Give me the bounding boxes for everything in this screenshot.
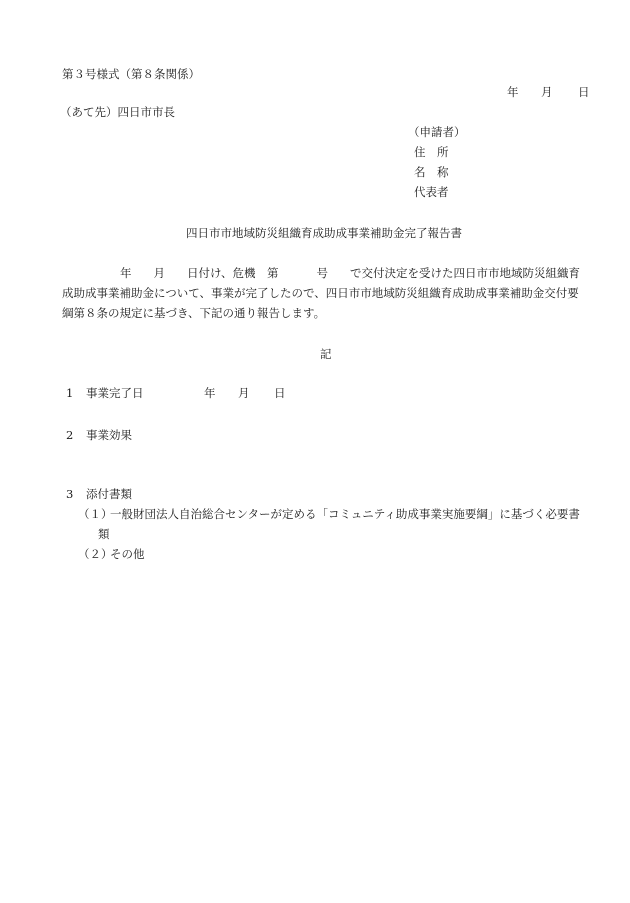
date-month: 月 <box>541 84 553 100</box>
item-1-day: 日 <box>274 385 286 401</box>
date-year: 年 <box>507 84 519 100</box>
item-3-label: 添付書類 <box>86 486 132 502</box>
name-label: 名 称 <box>414 164 449 180</box>
item-1-label: 事業完了日 <box>86 385 144 401</box>
item-2-number: 2 <box>66 427 73 443</box>
item-1-year: 年 <box>204 385 216 401</box>
item-3-sub-1-number: （１） <box>78 506 113 522</box>
item-3-sub-2-number: （２） <box>78 546 113 562</box>
applicant-heading: （申請者） <box>408 124 466 140</box>
body-year: 年 <box>120 266 132 280</box>
body-month: 月 <box>154 266 166 280</box>
form-number: 第３号様式（第８条関係） <box>62 66 200 82</box>
item-3-sub-2-text: その他 <box>110 546 145 562</box>
body-line-3: 綱第８条の規定に基づき、下記の通り報告します。 <box>62 305 325 321</box>
body-line-2: 成助成事業補助金について、事業が完了したので、四日市市地域防災組織育成助成事業補… <box>62 285 579 301</box>
ki-heading: 記 <box>320 346 332 362</box>
item-3-sub-1-text: 一般財団法人自治総合センターが定める「コミュニティ助成事業実施要綱」に基づく必要… <box>110 506 580 522</box>
body-number-suffix: 号 <box>317 266 329 280</box>
item-3-sub-1-continued: 類 <box>98 526 110 542</box>
address-label: 住 所 <box>414 144 449 160</box>
document-title: 四日市市地域防災組織育成助成事業補助金完了報告書 <box>186 225 462 241</box>
item-1-number: 1 <box>66 385 73 401</box>
date-day: 日 <box>578 84 590 100</box>
body-line-1: 年月日付け、危機 第号で交付決定を受けた四日市市地域防災組織育 <box>62 265 580 281</box>
item-2-label: 事業効果 <box>86 427 132 443</box>
addressee: （あて先）四日市市長 <box>60 104 175 120</box>
body-date-suffix: 日付け、危機 第 <box>187 266 279 280</box>
representative-label: 代表者 <box>414 184 449 200</box>
item-1-month: 月 <box>238 385 250 401</box>
item-3-number: 3 <box>66 486 73 502</box>
body-line1-rest: で交付決定を受けた四日市市地域防災組織育 <box>350 266 580 280</box>
